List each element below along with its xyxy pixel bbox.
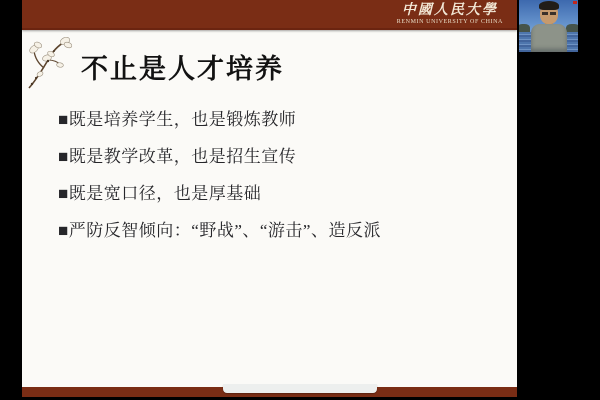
bullet-list: ■既是培养学生，也是锻炼教师 ■既是教学改革，也是招生宣传 ■既是宽口径，也是厚… — [58, 110, 488, 258]
glasses-icon — [542, 12, 556, 15]
presenter-body — [531, 24, 567, 52]
presenter-hair — [539, 1, 559, 10]
video-call-screen: 中國人民大學 RENMIN UNIVERSITY OF CHINA — [0, 0, 600, 400]
bullet-item: ■既是宽口径，也是厚基础 — [58, 184, 488, 203]
magnolia-flower-icon — [24, 34, 74, 92]
presentation-slide: 中國人民大學 RENMIN UNIVERSITY OF CHINA — [22, 0, 517, 397]
university-logo-english: RENMIN UNIVERSITY OF CHINA — [397, 19, 503, 25]
slide-footer-tab — [223, 384, 377, 393]
slide-title-row: 不止是人才培养 — [24, 34, 284, 92]
bullet-item: ■既是教学改革，也是招生宣传 — [58, 147, 488, 166]
presenter-webcam-thumbnail[interactable] — [519, 0, 578, 52]
bullet-item: ■严防反智倾向：“野战”、“游击”、造反派 — [58, 221, 488, 240]
recording-indicator-icon — [573, 1, 577, 4]
slide-header-bar: 中國人民大學 RENMIN UNIVERSITY OF CHINA — [22, 0, 517, 30]
slide-title: 不止是人才培养 — [81, 47, 284, 86]
bullet-item: ■既是培养学生，也是锻炼教师 — [58, 110, 488, 129]
university-logo: 中國人民大學 RENMIN UNIVERSITY OF CHINA — [397, 3, 503, 25]
university-logo-chinese: 中國人民大學 — [397, 3, 503, 18]
